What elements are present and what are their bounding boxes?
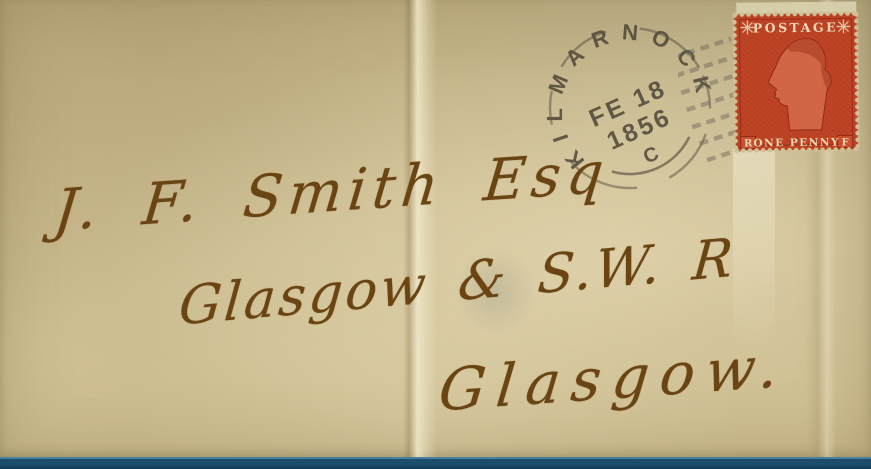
- stamp-corner-letter-f: F: [842, 137, 849, 148]
- envelope-photo: KILMARNOCK FE 18 1856 C: [0, 0, 871, 469]
- stamp-corner-letter-r: R: [744, 138, 753, 149]
- stamp-selvage: [736, 1, 856, 13]
- stamp-corner-star-left-icon: [740, 20, 754, 34]
- penny-red-stamp: POSTAGE R F ONE PENNY: [732, 1, 860, 152]
- stamp-corner-star-right-icon: [836, 19, 850, 33]
- backdrop-table-edge: [0, 457, 871, 469]
- address-line-recipient: J. F. Smith Esq: [51, 139, 613, 244]
- fold-highlight-under-stamp: [733, 148, 775, 348]
- postmark-index-letter: C: [640, 143, 662, 169]
- vertical-fold-crease: [403, 0, 437, 458]
- stamp-postage-label: POSTAGE: [753, 20, 838, 36]
- stamp-one-penny-label: ONE PENNY: [753, 137, 840, 150]
- envelope-paper: KILMARNOCK FE 18 1856 C: [0, 0, 871, 458]
